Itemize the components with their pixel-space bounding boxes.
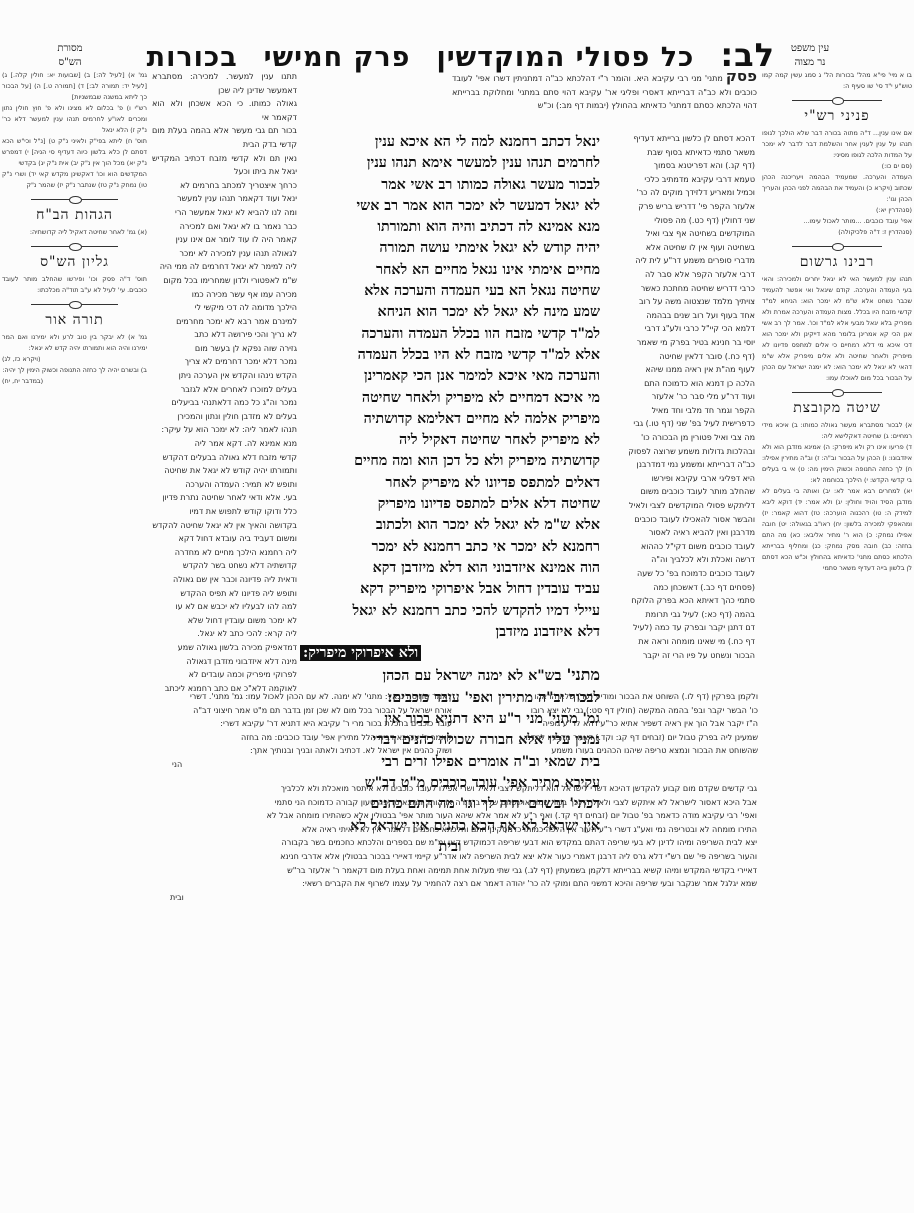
tosafot-line: הקפר וגמר חד מלבי וחד מאיל xyxy=(605,404,755,418)
tosafot-line: דם דתנן יקבר ובפרק עד כמה (לעיל xyxy=(605,621,755,635)
tosafot-line: (פסחים דף כב.) דאשכחן כמה xyxy=(605,581,755,595)
rashi-line: קדושתיה דלא נשחט בשר להקדש xyxy=(152,559,297,573)
torah-or-ref: (במדבר יח, יח) xyxy=(2,376,147,387)
rashi-line: בקדושה והאיך אין לא יגאל שחיטה להקדש xyxy=(152,519,297,533)
tosafot-line: (דף כח.) סובר דלאין שחיטה xyxy=(605,350,755,364)
torah-or-title: תורה אור xyxy=(2,312,147,329)
shita-entry: א) לבכור מסתברא מעשר גאולה כמותו: ב) איכ… xyxy=(762,420,912,442)
gemara-line: שחיטה דלא אלים למתפס פדיונו מיפריק xyxy=(300,494,600,515)
tosafot-line: המוקדשים בשחיטה אף צבי ואיל xyxy=(605,227,755,241)
tosafot-bottom: ולקמן בפרקין (דף לו.) השוחט את הבכור ומו… xyxy=(458,690,758,758)
gemara-line: לא יגאל דמעשר לא ימכר הוא אמר רב אשי xyxy=(300,196,600,217)
torah-or-text: גמ' א) לא יבקר בין טוב לרע ולא ימירנו וא… xyxy=(2,332,147,354)
gemara-line: שחיטה נגאל הא בעי העמדה והערכה אלא xyxy=(300,281,600,302)
tosafot-line: ועוד דר"ע מלי סבר כר' אלעזר xyxy=(605,390,755,404)
rashi-line: קאמר היה לו עוד לומר אם אינו ענין xyxy=(152,233,297,247)
rashi-line: תנהו לאמר ליה: לא ימכר הוא על עיקר: xyxy=(152,423,297,437)
mesoret-hashas-label: מסורת הש"ס xyxy=(40,42,100,70)
gershom-text: תנהו ענין למעשר האי לא יגאל יחרים ולמכיר… xyxy=(762,274,912,384)
bottom-commentary-line: והעור בשריפה פי' שם רש"י דלא גרס ליה דרב… xyxy=(152,850,757,864)
tosafot-line: דהכא דסתם לן כלשון ברייתא דעדיף xyxy=(605,132,755,146)
shita-title: שיטה מקובצת xyxy=(762,400,912,417)
bottom-commentary: גבי קדשים שקדם מום קבוע להקדשן דהיכא דשר… xyxy=(152,782,757,904)
bottom-commentary-line: אבל היכא דאסור לישראל לא איתקש לצבי ולאי… xyxy=(152,796,757,810)
tractate-name: בכורות xyxy=(147,42,238,73)
tosafot-line: לעובד כוכבים כדמוכח בפ' כל שעה xyxy=(605,567,755,581)
gilyon-title: גליון הש"ס xyxy=(2,254,147,271)
rashi-line: ודאית ליה פדיונה וכבר אין שם גאולה xyxy=(152,573,297,587)
tosafot-line: הלכה כן דמנא הוא כדמוכח התם xyxy=(605,377,755,391)
ein-mishpat-label: עין משפט נר מצוה xyxy=(775,42,845,70)
rashi-line: ותופש לא תמיר: העמדה והערכה xyxy=(152,478,297,492)
tosafot-line: היא דפליגי ארבי עקיבא ופירשו xyxy=(605,472,755,486)
tosafot-line: כרבי דדריש שחיטה מחתכת כאשר xyxy=(605,282,755,296)
gemara-line: מנא אמינא לה דכתיב והיה הוא ותמורתו xyxy=(300,217,600,238)
rashi-line: קדשי מזבח דלא גאולה בבעלים דהקדש xyxy=(152,451,297,465)
bottom-commentary-line: יצא לבית השריפה ומיהו לדינן לא בעי שריפה… xyxy=(152,836,757,850)
bottom-commentary-line: דאיירי בקדשי המקדש ומיהו קשיא בברייתא דל… xyxy=(152,864,757,878)
gemara-line: דלא איזדבונ מיזדבן xyxy=(300,622,600,643)
tosafot-line: אחד בעוף ועל רוב שנים בבהמה xyxy=(605,309,755,323)
gemara-line: יהיה קודש לא יגאל אימתי עושה תמורה xyxy=(300,238,600,259)
tosafot-line: דלמא הכי קיי"ל כרבי ולע"ג דרבי xyxy=(605,322,755,336)
highlighted-phrase: ולא איפרוקי מיפריק: xyxy=(300,645,421,661)
bottom-commentary-line: התירו מומחה לא ובטריפה נמי ואע"ג דשרי ר"… xyxy=(152,823,757,837)
tosafot-body: דהכא דסתם לן כלשון ברייתא דעדיףמשאר סתמי… xyxy=(605,132,755,662)
right-margin: בו א מיי' פי"א מהל' בכורות הל' ג סמג עשי… xyxy=(762,70,912,574)
tosafot-line: מה צבי ואיל פטורין מן הבכורה כו' xyxy=(605,431,755,445)
shita-entry: יא) למחרים רבא אמר לא: יב) ואותה בי בעלי… xyxy=(762,486,912,574)
tosafot-line: (דף קנ.) והא דפריטנא בסמוך xyxy=(605,159,755,173)
ein-mishpat-entry: בו א מיי' פי"א מהל' בכורות הל' ג סמג עשי… xyxy=(762,70,912,92)
gemara-line: לחרמים תנהו ענין למעשר אימא תנהו ענין xyxy=(300,153,600,174)
rashi-line: ותמורתו יהיה קודש לא יגאל את שחיטה xyxy=(152,464,297,478)
tosafot-line: בהמה (דף כא:) לעיל גבי תרומת xyxy=(605,608,755,622)
bottom-commentary-line: שמא יגלגל אמר שנקבר ובעי שריפה והיכא דמש… xyxy=(152,877,757,891)
highlight-line: ולא איפרוקי מיפריק: xyxy=(300,643,600,664)
rashi-line: כבר נאמר בו לא יגאל ואם למכירה xyxy=(152,220,297,234)
rashi-line: ינאל ועוד דקאמר תנהו ענין למעשר xyxy=(152,192,297,206)
gemara-line: קדושתיה מיפריק ולא כל דכן הוא ומה מחיים xyxy=(300,451,600,472)
rashi-line: גזירה שוה נפקא לן בעשר מום xyxy=(152,342,297,356)
gemara-line: שמע מינה לא יגאל לא ימכר הוא הניחא xyxy=(300,302,600,323)
rashi-line: לגאולה תנהו ענין למכירה לא ימכר xyxy=(152,247,297,261)
tosafot-line: שני דחולין (דף כט.) מה פסולי xyxy=(605,214,755,228)
rashi-line: נמכר דלא ימכר דחרמים לא צריך xyxy=(152,355,297,369)
tosafot-line: אלעזר הקפר פי' דדריש בריש פרק xyxy=(605,200,755,214)
rashi-line: תתנו ענין למעשר. למכירה: מסתברא דאמעשר ש… xyxy=(152,70,297,97)
ornament-divider xyxy=(31,195,118,203)
tosafot-line: טעמא דרבי עקיבא מדמתיב כלכי xyxy=(605,173,755,187)
tosafot-line: בשחיטה ועוף אין לו שחיטה אלא xyxy=(605,241,755,255)
rashi-line: ומה לנו להביא לא יגאל אמעשר הרי xyxy=(152,206,297,220)
rashi-line: ליה רחמנא הילכך מחיים לא מחדרה xyxy=(152,546,297,560)
tosafot-line: סתמי כהך דאיתא הכא בפרק הלוקח xyxy=(605,594,755,608)
mishnah-label: מתני' xyxy=(566,665,600,684)
tosafot-line: דף כח.) מי שאינו מומחה וראה את xyxy=(605,635,755,649)
penei-rashi-entry: אפי' עובד כוכבים. ...מותר לאכול עימו... xyxy=(762,216,912,227)
gemara-line: אלא ש"מ לא יגאל לא ימכר הוא ולכתוב xyxy=(300,515,600,536)
rashi-line: מנא אמינא לה. דקא אמר ליה xyxy=(152,437,297,451)
rashi-ending: לאמר שחיטה נגאל: מתני' לא ימנה. לא עם הכ… xyxy=(152,690,452,772)
ornament-divider xyxy=(31,242,118,250)
rashi-line: מכירה עמו אף עשר מכירה כמו xyxy=(152,288,297,302)
rashi-line: למה להו לבעליו לא יכבש אם לא עו xyxy=(152,600,297,614)
gemara-line: והערכה מאי איכא למימר אנן הכי קאמרינן xyxy=(300,366,600,387)
tosafot-lead-word: פסק xyxy=(726,67,757,85)
rashi-line: דמדאפיק מכירה בלשון גאולה שמע xyxy=(152,641,297,655)
hagahot-text: (א) גמ' לאחר שחיטה דאקיל ליה קדושתיה: xyxy=(2,227,147,238)
rashi-line: כרחך איצטריך למכתב בחרמים לא xyxy=(152,179,297,193)
rashi-line: ומשום דעביד ביה עובדא דחול דקא xyxy=(152,532,297,546)
rashi-line: לפרוקי מיפריק וכמה עובדים לא xyxy=(152,668,297,682)
gemara-line: מיפריק אלמה לא מחיים דאלימא קדושתיה xyxy=(300,409,600,430)
chapter-title: כל פסולי המוקדשין xyxy=(436,42,694,73)
tosafot-line: וכמיל ומאריע דלזידך מוקים לה כר' xyxy=(605,186,755,200)
rashi-line: מינה דלא איזדבוני מזדבן דגאולה xyxy=(152,655,297,669)
rashi-line: הקדש נינהו והקדש אין הערכה ניתן xyxy=(152,369,297,383)
rashi-line: לא נריך והכי פירושה דלא כתב xyxy=(152,328,297,342)
penei-rashi-entry: העמדה והערכה. שמעמיד הבהמה ויעריכנה הכהן… xyxy=(762,172,912,205)
gemara-line: למ"ד קדשי מזבח הוו בכלל העמדה והערכה xyxy=(300,324,600,345)
tosafot-line: דרשה ואכלת ולא לכלביך וה"ה xyxy=(605,553,755,567)
tosafot-column: דהכא דסתם לן כלשון ברייתא דעדיףמשאר סתמי… xyxy=(605,132,755,662)
tosafot-line: משאר סתמי כדאיתא בסוף שבת xyxy=(605,146,755,160)
ornament-divider xyxy=(792,242,882,250)
penei-rashi-title: פניני רש"י xyxy=(762,108,912,125)
ornament-divider xyxy=(31,300,118,308)
rashi-line: למינרם אמר רבא לא ימכר מחרמים xyxy=(152,315,297,329)
mishnah-line: מתני' בש"א לא ימנה ישראל עם הכהן xyxy=(300,664,600,687)
gemara-line: עביד עובדין דחול אבל איפרוקי מיפריק דקא xyxy=(300,579,600,600)
bottom-commentary-line: גבי קדשים שקדם מום קבוע להקדשן דהיכא דשר… xyxy=(152,782,757,796)
gemara-line: לבכור מעשר גאולה כמותו רב אשי אמר xyxy=(300,175,600,196)
rashi-line: בעי. אלא ודאי לאחר שחיטה נתרת פדיון xyxy=(152,491,297,505)
tosafot-line: דליתקש פסולי המוקדשים לצבי ולאיל xyxy=(605,499,755,513)
page-title-header: לב: כל פסולי המוקדשין פרק חמישי בכורות xyxy=(285,36,775,74)
gilyon-text: תוס' ד"ה פסק וכו' ופירשו שהחלב מותר לעוב… xyxy=(2,274,147,296)
rashi-line: ותופש ליה פדיונו לא תפיס ההקדש xyxy=(152,587,297,601)
penei-rashi-ref: (סם ים כו:) xyxy=(762,161,912,172)
gemara-line: אלא למ"ד קדשי מזבח לא היו בכלל העמדה xyxy=(300,345,600,366)
tosafot-line: הבכור ונשחט על פיו הרי זה יקבר xyxy=(605,649,755,663)
bottom-commentary-line: ואפי' רבי עקיבא מודה כדאמר בפ' טבול יום … xyxy=(152,809,757,823)
ornament-divider xyxy=(792,388,882,396)
ornament-divider xyxy=(792,96,882,104)
mesoret-entry: המקדשים הוא וכו' דאקשינן מקדש קאי יד) וש… xyxy=(2,169,147,191)
gemara-line: רחמנא לא ימכר אי כתב רחמנא לא ימכר xyxy=(300,537,600,558)
gemara-line: לא מיפריק לאחר שחיטה דאקיל ליה xyxy=(300,430,600,451)
rashi-line: בכור תם גבי מעשר אלא בהמה בעלת מום קדשי … xyxy=(152,124,297,151)
rashi-line: כלל ודוקו קודש לתפוש את דמיו xyxy=(152,505,297,519)
rashi-line: הילכך מדומה לה דכי מיקשי לי xyxy=(152,301,297,315)
penei-rashi-ref: (סנהדרין יא:) xyxy=(762,205,912,216)
tosafot-line: לעובד כוכבים משום דקי"ל כההוא xyxy=(605,540,755,554)
rashi-line: ליה למימר לא יגאל דחרמים לה ממי היה xyxy=(152,260,297,274)
rashi-line: נמכר וה"ג כל כמה דלאתנהי בביעלים xyxy=(152,396,297,410)
gershom-title: רבינו גרשום xyxy=(762,254,912,271)
tosafot-line: מדברי סופרים משמע דר"ע לית ליה xyxy=(605,254,755,268)
rashi-line: בעלים למוכרו לאחרים אלא לגזבר xyxy=(152,383,297,397)
torah-or-ref: (ויקרא כז, לג) xyxy=(2,354,147,365)
rashi-line: בעלים לא מזדבן חולין ונתון והמכירן xyxy=(152,410,297,424)
mesoret-entry: גמ' א) [לעיל לה:] ב) [שבועות יא: חולין ק… xyxy=(2,70,147,103)
gemara-line: דאלים למתפס פדיונו לא מיפריק לאחר xyxy=(300,473,600,494)
rashi-line: ליה קרא: להכי כתב לא יגאל. xyxy=(152,627,297,641)
penei-rashi-ref: (סנהדרין ז: ד"ה פלכיקולה) xyxy=(762,227,912,238)
rashi-catchword: הני xyxy=(152,758,452,772)
chapter-number: פרק חמישי xyxy=(264,42,411,73)
tosafot-line: דרבי אלעזר הקפר אלא סבר לה xyxy=(605,268,755,282)
bottom-catchword: ובית xyxy=(152,891,757,905)
rashi-line: נאין תם ולא קדשי מזבח דכתיב המקדיש יגאל … xyxy=(152,152,297,179)
rashi-body: תתנו ענין למעשר. למכירה: מסתברא דאמעשר ש… xyxy=(152,70,297,695)
hagahot-title: הגהות הב"ח xyxy=(2,207,147,224)
rashi-line: ש"מ לאפטורי ולדון שמחרימו בכל מקום xyxy=(152,274,297,288)
gemara-line: מחיים אימתי אינו נגאל מחיים הא לאחר xyxy=(300,260,600,281)
gemara-line: ינאל דכתב רחמנא למה לי הא איכא ענין xyxy=(300,132,600,153)
gemara-line: הוה אמינא איזדבוני הוא דלא מיזדבן דקא xyxy=(300,558,600,579)
tosafot-line: ובהלכות גדולות משמע שרוצה לפסוק xyxy=(605,445,755,459)
rashi-line: לא ימכר משום עובדין דחול שלא xyxy=(152,614,297,628)
tosafot-line: צויתיך מלמד שנצטוה משה על רוב xyxy=(605,295,755,309)
gemara-line: עיילי דמיו להקדש להכי כתב רחמנא לא יגאל xyxy=(300,601,600,622)
tosafot-line: והבשר אסור להאכילו לעובד כוכבים xyxy=(605,513,755,527)
mesoret-entry: רש"י ו) פ' בכלום לא מצינו ולא פ' חוץ חול… xyxy=(2,103,147,136)
shita-entry: ד) פריעו אינו רק ולא מיפרק: ה) אמינא מזד… xyxy=(762,442,912,486)
tosafot-line: שהחלב מותר לעובד כוכבים משום xyxy=(605,485,755,499)
gemara-line: מי איכא דמחיים לא מיפריק ולאחר שחיטה xyxy=(300,388,600,409)
torah-or-text: ב) ובשרם יהיה לך כחזה התנופה וכשוק הימין… xyxy=(2,365,147,376)
tosafot-line: יוסי בר חנינא בטיר בפרק מי שאמר xyxy=(605,336,755,350)
tosafot-line: מדרבנן ואין להביא ראיה לאסור xyxy=(605,526,755,540)
tosafot-opening: פסק מתני' מני רבי עקיבא היא. והומר ר"י ד… xyxy=(452,70,757,113)
left-margin: גמ' א) [לעיל לה:] ב) [שבועות יא: חולין ק… xyxy=(2,70,147,387)
rashi-column: תתנו ענין למעשר. למכירה: מסתברא דאמעשר ש… xyxy=(152,70,297,695)
tosafot-line: כב"ה דברייתא ומשמע נמי דמדרבנן xyxy=(605,458,755,472)
tosafot-line: כדפרישית לעיל בפ' שני (דף טו.) גבי xyxy=(605,417,755,431)
rashi-line: גאולה כמותו. כי הכא אשכחן ולא הוא דקאמר … xyxy=(152,97,297,124)
tosafot-line: לעוף מה"ת אין ראיה ממנו שיהא xyxy=(605,363,755,377)
penei-rashi-entry: אם אינו ענין... ד"ה מתוה בכורה דבר שלא ה… xyxy=(762,128,912,161)
mesoret-entry: תוס' ח) ליתא בפי"ק ולאיני נ"ק ט) [נ"ל וכ… xyxy=(2,136,147,169)
